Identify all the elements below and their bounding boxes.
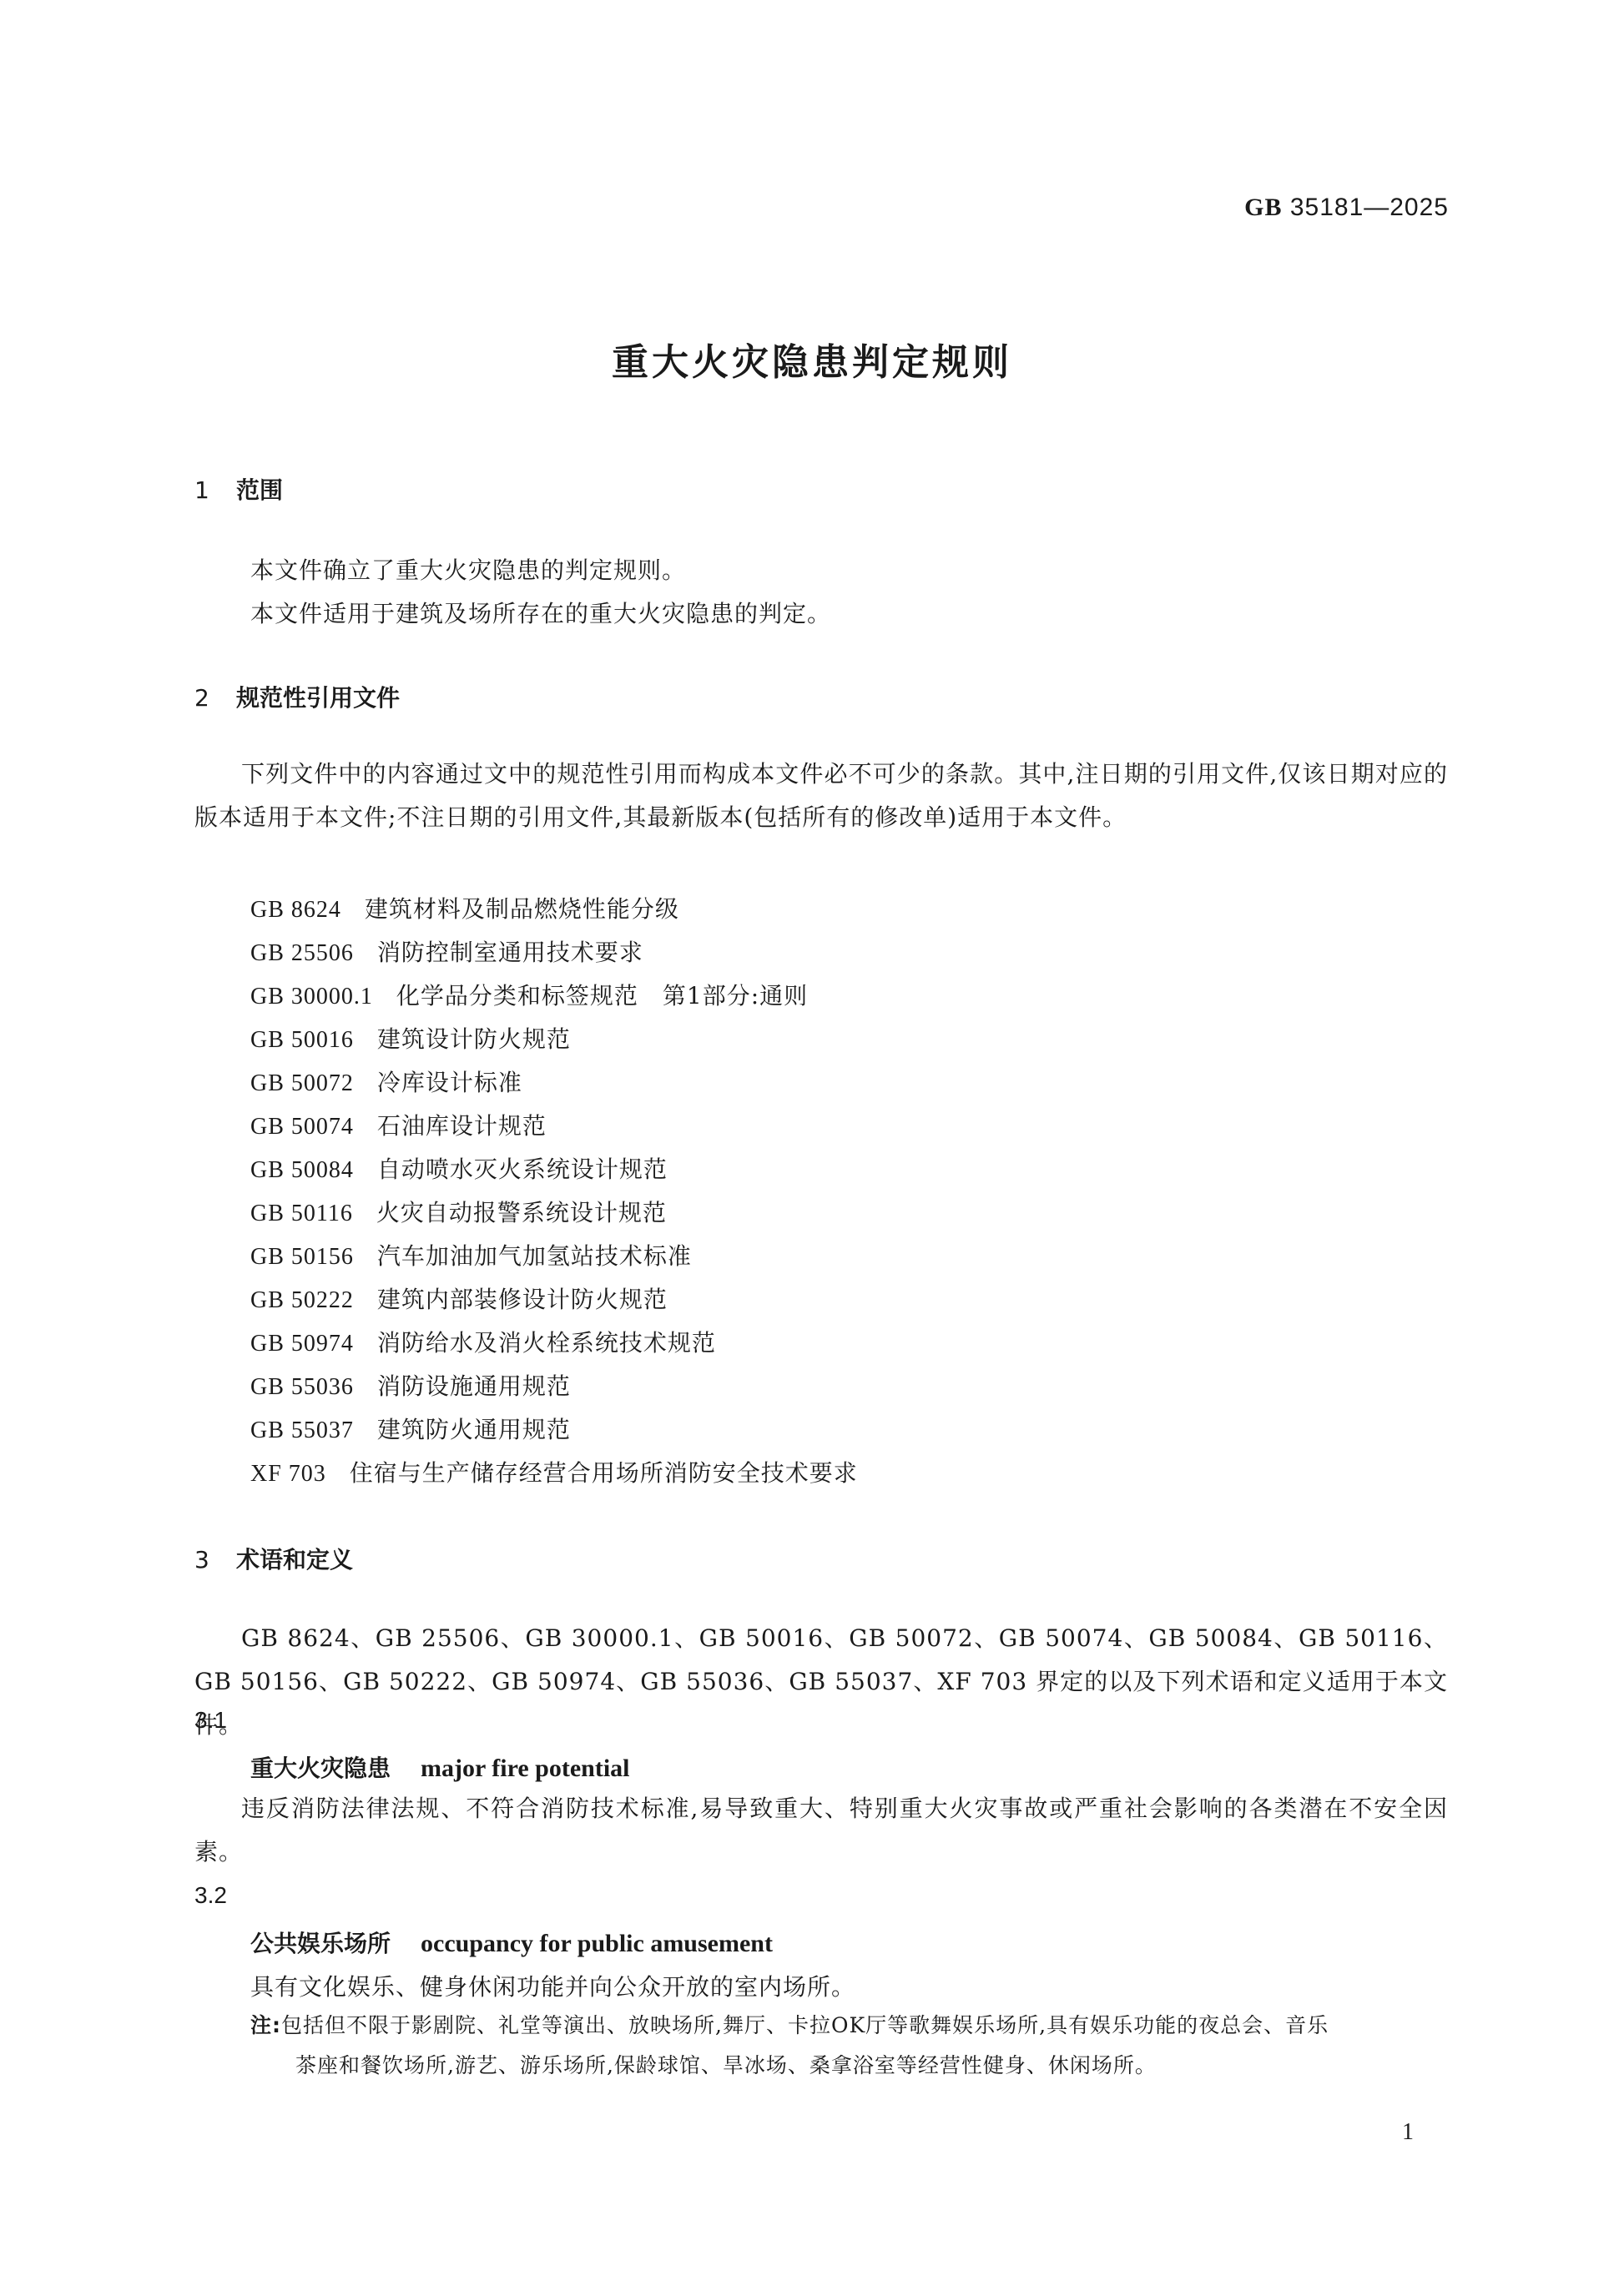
- standard-code: GB 35181—2025: [1244, 194, 1449, 222]
- note-line-2: 茶座和餐饮场所,游艺、游乐场所,保龄球馆、旱冰场、桑拿浴室等经营性健身、休闲场所…: [250, 2046, 1452, 2086]
- reference-item: GB 50084自动喷水灭火系统设计规范: [250, 1151, 668, 1185]
- reference-title: 火灾自动报警系统设计规范: [376, 1199, 667, 1226]
- reference-code: GB 50074: [250, 1114, 354, 1140]
- term-heading: 公共娱乐场所occupancy for public amusement: [250, 1926, 773, 1959]
- reference-code: GB 50116: [250, 1201, 353, 1227]
- reference-item: GB 50016建筑设计防火规范: [250, 1021, 571, 1055]
- scope-paragraph-2: 本文件适用于建筑及场所存在的重大火灾隐患的判定。: [250, 596, 831, 629]
- scope-paragraph-1: 本文件确立了重大火灾隐患的判定规则。: [250, 552, 686, 586]
- section-title: 规范性引用文件: [236, 684, 400, 712]
- section-number: 1: [194, 476, 236, 504]
- reference-title: 自动喷水灭火系统设计规范: [377, 1156, 668, 1183]
- note-label: 注:: [250, 2013, 281, 2037]
- section-title: 范围: [236, 476, 283, 504]
- reference-code: GB 50222: [250, 1287, 354, 1314]
- reference-title: 汽车加油加气加氢站技术标准: [377, 1242, 692, 1270]
- reference-title: 建筑内部装修设计防火规范: [377, 1286, 668, 1313]
- reference-code: GB 50156: [250, 1244, 354, 1271]
- document-title: 重大火灾隐患判定规则: [0, 332, 1624, 385]
- reference-title: 化学品分类和标签规范 第1部分:通则: [396, 982, 808, 1010]
- reference-code: GB 55037: [250, 1417, 354, 1444]
- reference-item: XF 703住宿与生产储存经营合用场所消防安全技术要求: [250, 1455, 858, 1488]
- reference-item: GB 8624建筑材料及制品燃烧性能分级: [250, 891, 679, 924]
- reference-title: 建筑设计防火规范: [377, 1025, 571, 1053]
- term-definition: 具有文化娱乐、健身休闲功能并向公众开放的室内场所。: [250, 1969, 855, 2002]
- reference-code: XF 703: [250, 1461, 326, 1488]
- section-3-heading: 3术语和定义: [194, 1542, 353, 1575]
- page-number: 1: [1402, 2119, 1414, 2146]
- reference-code: GB 50016: [250, 1027, 354, 1054]
- reference-title: 石油库设计规范: [377, 1112, 547, 1140]
- section-2-heading: 2规范性引用文件: [194, 680, 400, 713]
- term-note: 注:包括但不限于影剧院、礼堂等演出、放映场所,舞厅、卡拉OK厅等歌舞娱乐场所,具…: [250, 2006, 1452, 2086]
- reference-code: GB 30000.1: [250, 984, 373, 1010]
- reference-title: 住宿与生产储存经营合用场所消防安全技术要求: [350, 1459, 858, 1487]
- reference-item: GB 55037建筑防火通用规范: [250, 1412, 571, 1445]
- reference-title: 消防给水及消火栓系统技术规范: [377, 1329, 716, 1357]
- reference-code: GB 50084: [250, 1157, 354, 1184]
- reference-title: 消防控制室通用技术要求: [377, 939, 643, 966]
- reference-item: GB 50222建筑内部装修设计防火规范: [250, 1281, 668, 1315]
- reference-title: 冷库设计标准: [377, 1069, 522, 1096]
- term-number: 3.1: [194, 1707, 227, 1734]
- reference-code: GB 55036: [250, 1374, 354, 1401]
- reference-item: GB 50072冷库设计标准: [250, 1065, 522, 1098]
- term-zh: 重大火灾隐患: [250, 1755, 391, 1782]
- reference-item: GB 50974消防给水及消火栓系统技术规范: [250, 1325, 716, 1358]
- reference-item: GB 50156汽车加油加气加氢站技术标准: [250, 1238, 692, 1271]
- reference-item: GB 25506消防控制室通用技术要求: [250, 934, 643, 968]
- term-en: occupancy for public amusement: [421, 1930, 773, 1957]
- term-en: major fire potential: [421, 1755, 630, 1782]
- term-number: 3.2: [194, 1882, 227, 1909]
- reference-code: GB 25506: [250, 940, 354, 967]
- reference-code: GB 8624: [250, 897, 341, 924]
- reference-code: GB 50072: [250, 1070, 354, 1097]
- reference-item: GB 30000.1化学品分类和标签规范 第1部分:通则: [250, 978, 808, 1011]
- note-line-1: 包括但不限于影剧院、礼堂等演出、放映场所,舞厅、卡拉OK厅等歌舞娱乐场所,具有娱…: [281, 2013, 1329, 2037]
- reference-title: 建筑防火通用规范: [377, 1416, 571, 1443]
- term-zh: 公共娱乐场所: [250, 1930, 391, 1957]
- section-1-heading: 1范围: [194, 472, 283, 506]
- section-title: 术语和定义: [236, 1546, 353, 1573]
- standard-number: 35181—2025: [1290, 194, 1449, 221]
- reference-item: GB 55036消防设施通用规范: [250, 1368, 571, 1402]
- reference-code: GB 50974: [250, 1331, 354, 1357]
- reference-title: 建筑材料及制品燃烧性能分级: [365, 895, 679, 923]
- section-number: 3: [194, 1546, 236, 1573]
- normative-references-intro: 下列文件中的内容通过文中的规范性引用而构成本文件必不可少的条款。其中,注日期的引…: [194, 753, 1448, 839]
- reference-title: 消防设施通用规范: [377, 1372, 571, 1400]
- reference-item: GB 50074石油库设计规范: [250, 1108, 547, 1141]
- reference-item: GB 50116火灾自动报警系统设计规范: [250, 1195, 667, 1228]
- section-number: 2: [194, 684, 236, 712]
- term-heading: 重大火灾隐患major fire potential: [250, 1750, 630, 1784]
- term-definition: 违反消防法律法规、不符合消防技术标准,易导致重大、特别重大火灾事故或严重社会影响…: [194, 1787, 1448, 1874]
- standard-prefix: GB: [1244, 194, 1282, 221]
- terms-intro: GB 8624、GB 25506、GB 30000.1、GB 50016、GB …: [194, 1617, 1448, 1747]
